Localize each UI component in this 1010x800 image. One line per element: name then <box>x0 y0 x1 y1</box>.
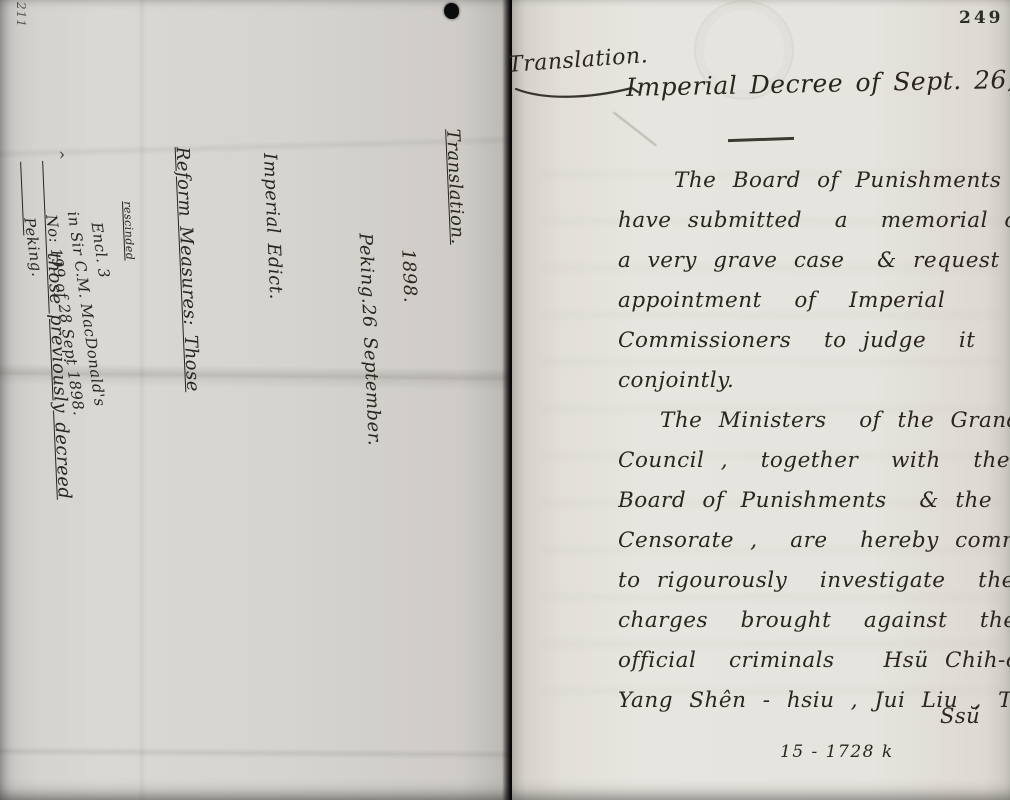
body-line: conjointly. <box>618 368 1010 408</box>
body-line: a very grave case & request the <box>618 248 1010 288</box>
docket-place: Peking. <box>355 233 379 305</box>
rotated-writing-layer: Translation. Peking.1898.26 September. I… <box>0 0 512 800</box>
insertion-caret: ^ <box>48 150 70 162</box>
underline-flourish <box>510 84 642 102</box>
left-page: 211 Translation. Peking.1898.26 Septembe… <box>0 0 512 800</box>
catchword: Ssŭ <box>940 704 980 728</box>
decree-title: Imperial Decree of Sept. 26, 1898. <box>626 63 1010 102</box>
body-text: The Board of Punishmentshave submitted a… <box>618 168 1010 728</box>
body-line: charges brought against the <box>618 608 1010 648</box>
docket-translation-label: Translation. <box>439 128 481 482</box>
docket-dateline: Peking.1898.26 September. <box>320 131 416 487</box>
body-line: have submitted a memorial on <box>618 208 1010 248</box>
page-number: 249 <box>959 8 1004 28</box>
body-line: appointment of Imperial <box>618 288 1010 328</box>
decree-underline-rule <box>728 137 794 142</box>
body-line: The Board of Punishments <box>618 168 1010 208</box>
document-scan: 211 Translation. Peking.1898.26 Septembe… <box>0 0 1010 800</box>
docket-subject-line1: Reform Measures: Those <box>168 140 210 494</box>
body-line: Council , together with the <box>618 448 1010 488</box>
archive-reference: 15 - 1728 k <box>780 742 894 762</box>
body-line: Board of Punishments & the <box>618 488 1010 528</box>
docket-year: 1898. <box>394 248 423 303</box>
docket-date: 26 September. <box>358 304 385 447</box>
body-line: Censorate , are hereby commanded <box>618 528 1010 568</box>
body-line: to rigourously investigate the <box>618 568 1010 608</box>
body-line: Commissioners to judge it <box>618 328 1010 368</box>
right-page: 249 Translation. Imperial Decree of Sept… <box>512 0 1010 800</box>
body-line: official criminals Hsü Chih-ching <box>618 648 1010 688</box>
body-line: The Ministers of the Grand <box>618 408 1010 448</box>
docket-insertion: rescinded <box>119 143 145 496</box>
scratch-mark <box>613 112 656 146</box>
docket-title: Imperial Edict. <box>255 136 297 490</box>
